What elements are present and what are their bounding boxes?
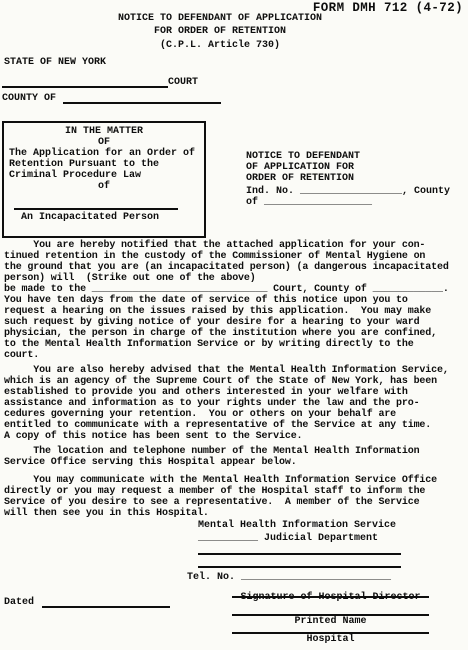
form-page: FORM DMH 712 (4-72) NOTICE TO DEFENDANT … — [0, 0, 468, 650]
notice-title-block: NOTICE TO DEFENDANT OF APPLICATION FOR O… — [246, 151, 450, 208]
court-label: COURT — [168, 77, 198, 88]
state-label: STATE OF NEW YORK — [4, 57, 106, 68]
mhis-service-line: Mental Health Information Service — [198, 519, 396, 532]
county-of-line: of __________________ — [246, 197, 450, 208]
paragraph-communicate: You may communicate with the Mental Heal… — [4, 475, 466, 519]
address-blank-field — [198, 566, 401, 568]
matter-line: OF — [4, 137, 204, 148]
mhis-address-block: Mental Health Information Service ______… — [198, 519, 396, 545]
matter-line: Retention Pursuant to the — [4, 159, 204, 170]
matter-line: IN THE MATTER — [4, 126, 204, 137]
address-blank-field — [198, 553, 401, 555]
matter-line: of — [4, 181, 204, 192]
signature-block: Signature of Hospital Director Printed N… — [232, 596, 429, 650]
incapacitated-person-caption: An Incapacitated Person — [4, 212, 204, 223]
printed-name-caption: Printed Name — [232, 617, 429, 627]
defendant-name-blank-field — [14, 208, 178, 210]
county-blank-field — [63, 92, 221, 104]
notice-title-line: OF APPLICATION FOR — [246, 162, 450, 173]
paragraph-location: The location and telephone number of the… — [4, 446, 466, 468]
notice-title-line: NOTICE TO DEFENDANT — [246, 151, 450, 162]
indictment-number-line: Ind. No. _________________, County — [246, 186, 450, 197]
matter-line: The Application for an Order of — [4, 148, 204, 159]
telephone-line: Tel. No. _________________________ — [187, 572, 391, 583]
county-label: COUNTY OF — [2, 93, 56, 104]
judicial-department-line: __________ Judicial Department — [198, 532, 396, 545]
court-blank-field — [2, 76, 168, 88]
dated-blank-field — [42, 597, 170, 608]
dated-label: Dated — [4, 597, 34, 608]
form-subtitle: (C.P.L. Article 730) — [0, 40, 440, 51]
matter-caption-box: IN THE MATTER OF The Application for an … — [2, 121, 206, 238]
form-title-line1: NOTICE TO DEFENDANT OF APPLICATION — [0, 12, 440, 25]
dated-line: Dated — [4, 597, 170, 608]
matter-line: Criminal Procedure Law — [4, 170, 204, 181]
form-title-line2: FOR ORDER OF RETENTION — [0, 25, 440, 38]
paragraph-advisory: You are also hereby advised that the Men… — [4, 365, 466, 442]
hospital-caption: Hospital — [232, 635, 429, 645]
county-line: COUNTY OF — [2, 92, 221, 104]
signature-caption: Signature of Hospital Director — [232, 593, 429, 603]
court-line: COURT — [2, 76, 198, 88]
notice-title-line: ORDER OF RETENTION — [246, 173, 450, 184]
form-title: NOTICE TO DEFENDANT OF APPLICATION FOR O… — [0, 12, 440, 38]
paragraph-notification: You are hereby notified that the attache… — [4, 240, 466, 361]
